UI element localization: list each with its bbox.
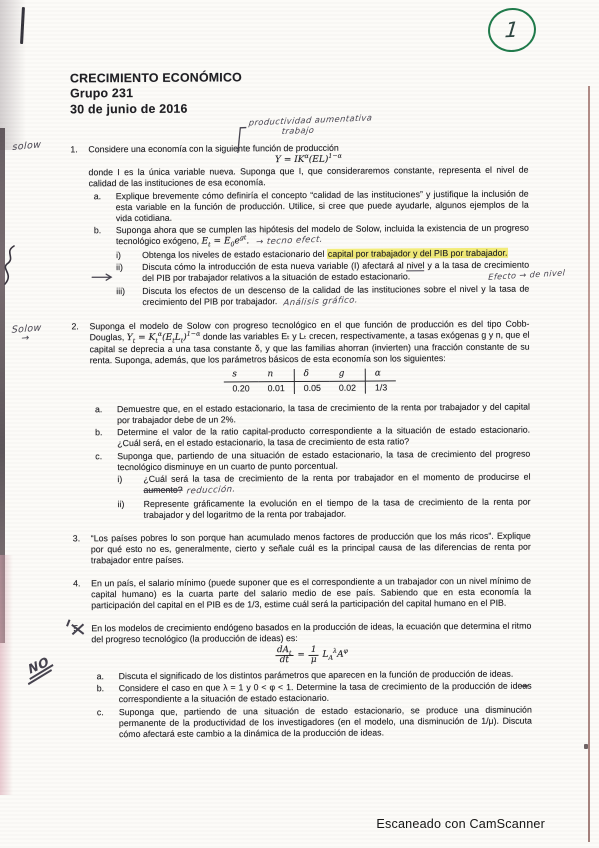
item-marker: a.	[94, 191, 116, 224]
equation-terms: LAλAφ	[322, 650, 348, 661]
formula-part: Y = IK	[275, 155, 305, 165]
param-value-n: 0.01	[259, 381, 295, 394]
camscanner-watermark: Escaneado con CamScanner	[376, 817, 545, 831]
q2-item-c-i: i) ¿Cuál será la tasa de crecimiento de …	[117, 472, 530, 498]
formula-part: (EL)	[309, 155, 329, 165]
q1-item-b-ii-text: Discuta cómo la introducción de esta nue…	[142, 260, 529, 284]
formula-part: (E	[162, 333, 172, 343]
q2-item-a: a. Demuestre que, en el estado estaciona…	[95, 401, 530, 426]
q1-item-b-ii: ii) Discuta cómo la introducción de esta…	[116, 260, 529, 285]
q5-item-c-text: Suponga que, partiendo de una situación …	[119, 704, 532, 740]
item-marker: a.	[97, 671, 119, 682]
question-4: 4. En un país, el salario mínimo (puede …	[73, 575, 531, 611]
param-header-alpha: α	[365, 368, 396, 381]
question-1: solow productividad aumentativa trabajo …	[70, 142, 529, 309]
handwritten-note-solow-q1: solow	[12, 140, 41, 154]
formula-subscript: A	[328, 655, 333, 662]
pen-arrow	[91, 273, 115, 281]
item-marker: i)	[117, 474, 143, 497]
equation-fraction: dAt dt	[275, 646, 294, 666]
q5-item-a-text: Discuta el significado de los distintos …	[119, 668, 532, 682]
formula-part: = E	[211, 237, 231, 247]
text-segment: ¿Cuál será la tasa de crecimiento de la …	[143, 472, 530, 484]
q2-item-c: c. Suponga que, partiendo de una situaci…	[95, 448, 530, 473]
scan-pink-edge-left	[0, 555, 13, 795]
item-marker: a.	[95, 404, 117, 426]
pen-underlined-word: nivel	[406, 260, 424, 271]
page-number-digit: 1	[504, 18, 520, 43]
item-marker: b.	[95, 427, 117, 449]
item-marker: ii)	[116, 262, 142, 284]
q4-text: En un país, el salario mínimo (puede sup…	[91, 575, 531, 611]
equals-sign: =	[297, 650, 304, 661]
item-marker: ii)	[118, 499, 144, 521]
handwritten-arrow: →	[21, 333, 41, 342]
param-value-delta: 0.05	[294, 381, 330, 394]
q1-item-b-i: i) Obtenga los niveles de estado estacio…	[116, 247, 529, 261]
q1-item-b-i-text: Obtenga los niveles de estado estacionar…	[142, 247, 529, 260]
question-3: 3. “Los países pobres lo son porque han …	[73, 530, 531, 566]
question-5-number: 5.	[73, 623, 92, 740]
parameters-header-row: s n δ g α	[223, 368, 396, 382]
q2-intro: Suponga el modelo de Solow con progreso …	[89, 318, 529, 366]
item-marker: c.	[97, 707, 119, 740]
q5-ideas-equation: dAt dt = 1 μ LAλAφ	[91, 644, 531, 667]
q2-item-c-i-text: ¿Cuál será la tasa de crecimiento de la …	[143, 472, 530, 497]
item-marker: b.	[97, 683, 119, 705]
q2-item-c-ii: ii) Represente gráficamente la evolución…	[118, 496, 531, 521]
handwritten-note-solow-q2: Solow →	[11, 322, 42, 342]
formula-exponent: 1−α	[187, 330, 201, 337]
fraction-denominator: μ	[311, 656, 317, 666]
handwritten-note-reduccion: reducción.	[186, 485, 236, 498]
q1b-formula: Et = E0egt.	[202, 237, 250, 247]
scanned-exam-page: 1 CRECIMIENTO ECONÓMICO Grupo 231 30 de …	[0, 0, 599, 848]
question-1-number: 1.	[70, 145, 89, 310]
scan-speck	[584, 744, 588, 749]
question-4-number: 4.	[73, 578, 91, 611]
question-3-number: 3.	[73, 533, 91, 566]
param-header-n: n	[258, 369, 294, 382]
param-header-delta: δ	[294, 369, 330, 382]
exam-header: CRECIMIENTO ECONÓMICO Grupo 231 30 de ju…	[70, 69, 528, 118]
q2-item-b-text: Determine el valor de la ratio capital-p…	[117, 425, 530, 450]
q1-item-a: a. Explique brevemente cómo definiría el…	[94, 188, 529, 224]
q5-item-b-text: Considere el caso en que λ = 1 y 0 < φ <…	[119, 681, 532, 706]
text-segment: Discuta cómo la introducción de esta nue…	[142, 261, 406, 273]
q2-formula: Yt = Ktα(EtLt)1−α	[127, 332, 201, 342]
q2-item-c-ii-text: Represente gráficamente la evolución en …	[144, 496, 531, 520]
q2-item-c-text: Suponga que, partiendo de una situación …	[117, 448, 530, 473]
param-value-g: 0.02	[330, 381, 366, 394]
formula-part: dA	[277, 645, 289, 655]
q5-intro: En los modelos de crecimiento endógeno b…	[91, 620, 531, 645]
q1-item-b-text: Suponga ahora que se cumplen las hipótes…	[116, 223, 529, 249]
fraction-denominator: dt	[280, 656, 289, 666]
q5-item-b: b. Considere el caso en que λ = 1 y 0 < …	[97, 681, 532, 706]
param-value-alpha: 1/3	[365, 381, 396, 394]
handwritten-line: trabajo	[281, 123, 372, 137]
item-marker: i)	[116, 250, 142, 261]
pen-squiggle	[1, 244, 17, 290]
handwritten-note-tecno: → tecno efect.	[255, 235, 323, 249]
item-marker: b.	[94, 225, 116, 248]
scan-page-edge-line	[588, 86, 590, 842]
handwritten-note-analisis: Análisis gráfico.	[283, 295, 358, 309]
item-marker: c.	[95, 451, 117, 473]
param-header-s: s	[223, 369, 258, 382]
formula-part: = K	[135, 333, 155, 343]
exam-content: CRECIMIENTO ECONÓMICO Grupo 231 30 de ju…	[70, 69, 532, 753]
parameters-table: s n δ g α 0.20 0.01 0.05 0.02 1/3	[223, 368, 396, 394]
formula-subscript: t	[289, 650, 292, 657]
q3-text: “Los países pobres lo son porque han acu…	[91, 530, 531, 566]
item-marker: iii)	[116, 286, 142, 309]
equation-fraction: 1 μ	[309, 646, 319, 666]
param-value-s: 0.20	[223, 381, 258, 394]
highlighted-text: capital por trabajador y del PIB por tra…	[327, 247, 509, 258]
formula-part: .	[246, 237, 249, 247]
q5-item-a: a. Discuta el significado de los distint…	[97, 668, 532, 682]
q1-description: donde I es la única variable nueva. Supo…	[89, 165, 529, 190]
question-2: Solow → 2. Suponga el modelo de Solow co…	[71, 318, 530, 521]
formula-exponent: φ	[344, 648, 348, 655]
q2-item-b: b. Determine el valor de la ratio capita…	[95, 425, 530, 450]
q1-item-b: b. Suponga ahora que se cumplen las hipó…	[94, 223, 529, 249]
handwritten-note-no: NO	[27, 655, 50, 675]
formula-exponent: 1−α	[328, 152, 342, 159]
question-5: NO 5. En los modelos de crecimiento endó…	[73, 620, 532, 740]
text-segment: Obtenga los niveles de estado estacionar…	[142, 249, 327, 260]
handwritten-note-productividad: productividad aumentativa trabajo	[247, 113, 372, 138]
handwritten-page-number: 1	[485, 5, 539, 55]
q1-item-a-text: Explique brevemente cómo definiría el co…	[116, 188, 529, 224]
parameters-value-row: 0.20 0.01 0.05 0.02 1/3	[223, 381, 396, 395]
q1-item-b-iii-text: Discuta los efectos de un descenso de la…	[142, 283, 529, 308]
q2-item-a-text: Demuestre que, en el estado estacionario…	[117, 401, 530, 426]
struck-word: aumento?	[143, 485, 182, 495]
pen-tick-mark	[66, 619, 70, 626]
q1-item-b-iii: iii) Discuta los efectos de un descenso …	[116, 283, 529, 309]
param-header-g: g	[330, 368, 366, 381]
q5-item-c: c. Suponga que, partiendo de una situaci…	[97, 704, 532, 740]
question-2-number: 2.	[71, 321, 90, 521]
